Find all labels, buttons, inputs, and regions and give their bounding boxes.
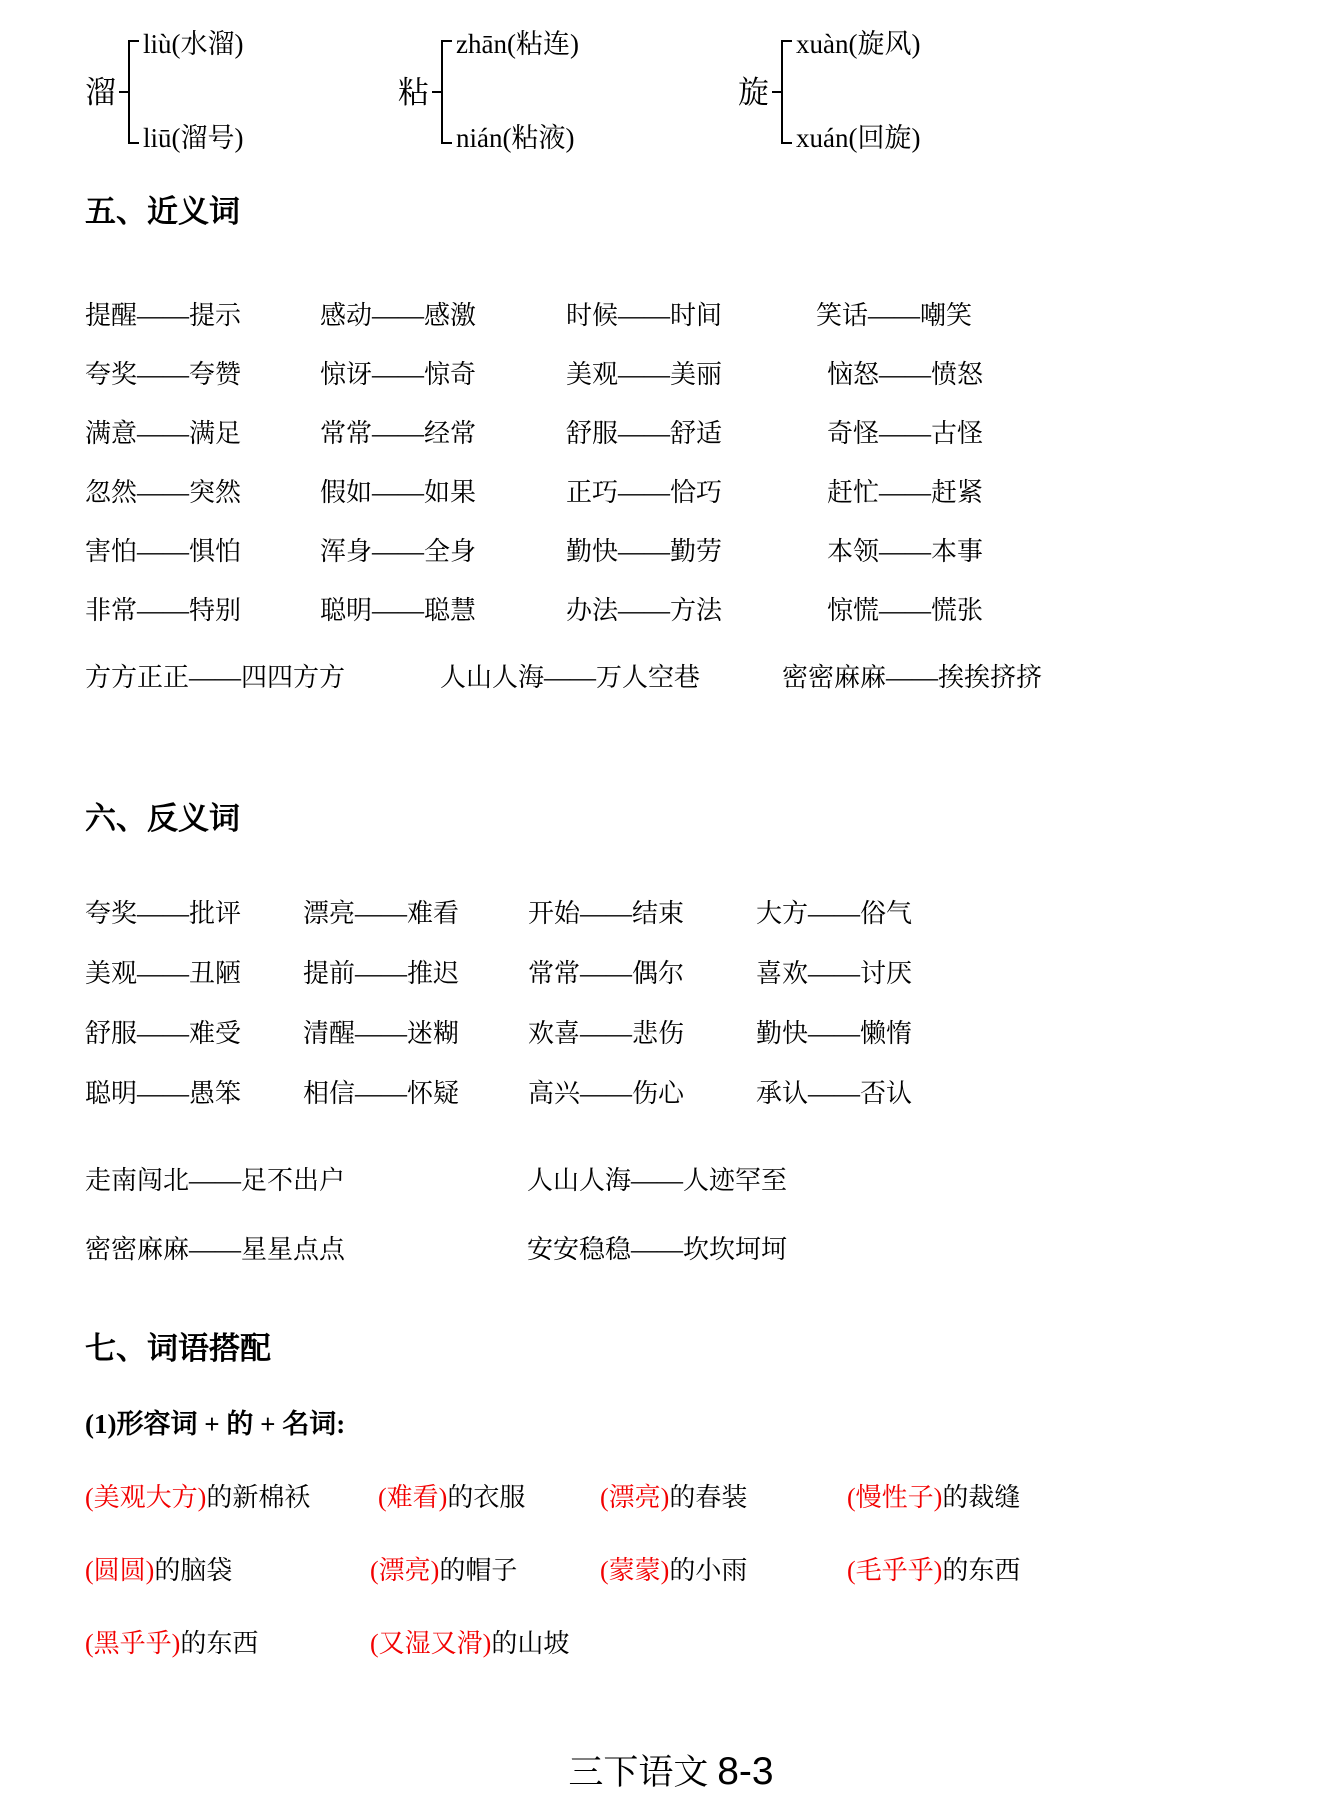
adjective-red: (毛乎乎) [847,1556,942,1585]
antonym-row: 走南闯北——足不出户 人山人海——人迹罕至 [0,1160,1342,1198]
word-pair: 奇怪——古怪 [827,413,983,450]
word-pair: 相信——怀疑 [303,1073,459,1110]
collocations-heading: 七、词语搭配 [85,1330,271,1367]
word-pair: 方方正正——四四方方 [85,657,345,694]
synonym-row: 夸奖——夸赞 惊讶——惊奇 美观——美丽 恼怒——愤怒 [0,354,1342,392]
noun-phrase: 的衣服 [447,1483,525,1512]
pronunciation-entries: liù(水溜) liū(溜号) [143,30,244,154]
pinyin-entry: nián(粘液) [456,124,579,154]
word-pair: 时候——时间 [566,295,722,332]
synonym-row: 提醒——提示 感动——感激 时候——时间 笑话——嘲笑 [0,295,1342,333]
noun-phrase: 的新棉袄 [206,1483,310,1512]
adjective-red: (美观大方) [85,1483,206,1512]
bracket-connector [772,91,781,93]
noun-phrase: 的小雨 [669,1556,747,1585]
collocation: (蒙蒙)的小雨 [600,1550,747,1587]
word-pair: 满意——满足 [85,413,241,450]
collocations-subsection: (1)形容词 + 的 + 名词: [85,1402,345,1441]
word-pair: 舒服——难受 [85,1013,241,1050]
adjective-red: (漂亮) [370,1556,439,1585]
noun-phrase: 的山坡 [491,1629,569,1658]
collocation: (慢性子)的裁缝 [847,1477,1020,1514]
synonym-row: 忽然——突然 假如——如果 正巧——恰巧 赶忙——赶紧 [0,472,1342,510]
adjective-red: (黑乎乎) [85,1629,180,1658]
word-pair: 密密麻麻——星星点点 [85,1229,345,1266]
word-pair: 清醒——迷糊 [303,1013,459,1050]
word-pair: 惊慌——慌张 [827,590,983,627]
word-pair: 勤快——懒惰 [756,1013,912,1050]
pinyin-entry: xuán(回旋) [796,124,920,154]
noun-phrase: 的帽子 [439,1556,517,1585]
collocation: (难看)的衣服 [378,1477,525,1514]
pronunciation-group: 溜 liù(水溜) liū(溜号) [85,30,244,154]
adjective-red: (难看) [378,1483,447,1512]
word-pair: 舒服——舒适 [566,413,722,450]
hanzi-character: 溜 [85,77,116,108]
antonym-row: 夸奖——批评 漂亮——难看 开始——结束 大方——俗气 [0,893,1342,931]
bracket-connector [432,91,441,93]
hanzi-character: 粘 [398,77,429,108]
word-pair: 非常——特别 [85,590,241,627]
bracket-shape [441,40,454,144]
adjective-red: (又湿又滑) [370,1629,491,1658]
antonym-row: 密密麻麻——星星点点 安安稳稳——坎坎坷坷 [0,1229,1342,1267]
collocation: (又湿又滑)的山坡 [370,1623,569,1660]
bracket-connector [119,91,128,93]
word-pair: 惊讶——惊奇 [320,354,476,391]
collocation-row: (黑乎乎)的东西 (又湿又滑)的山坡 [0,1623,1342,1661]
word-pair: 人山人海——万人空巷 [440,657,700,694]
noun-phrase: 的东西 [180,1629,258,1658]
pinyin-entry: zhān(粘连) [456,30,579,60]
word-pair: 提前——推迟 [303,953,459,990]
synonym-row: 方方正正——四四方方 人山人海——万人空巷 密密麻麻——挨挨挤挤 [0,657,1342,695]
collocation-row: (美观大方)的新棉袄 (难看)的衣服 (漂亮)的春装 (慢性子)的裁缝 [0,1477,1342,1515]
noun-phrase: 的裁缝 [942,1483,1020,1512]
word-pair: 高兴——伤心 [528,1073,684,1110]
word-pair: 常常——经常 [320,413,476,450]
word-pair: 正巧——恰巧 [566,472,722,509]
word-pair: 夸奖——批评 [85,893,241,930]
antonym-row: 舒服——难受 清醒——迷糊 欢喜——悲伤 勤快——懒惰 [0,1013,1342,1051]
word-pair: 喜欢——讨厌 [756,953,912,990]
collocation: (圆圆)的脑袋 [85,1550,232,1587]
pinyin-entry: liù(水溜) [143,30,244,60]
collocation: (漂亮)的春装 [600,1477,747,1514]
word-pair: 美观——丑陋 [85,953,241,990]
word-pair: 承认——否认 [756,1073,912,1110]
noun-phrase: 的春装 [669,1483,747,1512]
footer-page-number: 8-3 [717,1750,773,1793]
word-pair: 办法——方法 [566,590,722,627]
bracket-shape [128,40,141,144]
pinyin-entry: liū(溜号) [143,124,244,154]
word-pair: 笑话——嘲笑 [816,295,972,332]
word-pair: 夸奖——夸赞 [85,354,241,391]
pronunciation-entries: zhān(粘连) nián(粘液) [456,30,579,154]
collocation: (黑乎乎)的东西 [85,1623,258,1660]
synonym-row: 满意——满足 常常——经常 舒服——舒适 奇怪——古怪 [0,413,1342,451]
word-pair: 大方——俗气 [756,893,912,930]
word-pair: 感动——感激 [320,295,476,332]
word-pair: 提醒——提示 [85,295,241,332]
collocation: (美观大方)的新棉袄 [85,1477,310,1514]
word-pair: 赶忙——赶紧 [827,472,983,509]
footer-label: 三下语文 [568,1753,708,1792]
word-pair: 聪明——愚笨 [85,1073,241,1110]
adjective-red: (慢性子) [847,1483,942,1512]
collocation: (毛乎乎)的东西 [847,1550,1020,1587]
antonym-row: 美观——丑陋 提前——推迟 常常——偶尔 喜欢——讨厌 [0,953,1342,991]
hanzi-character: 旋 [738,77,769,108]
worksheet-page: 溜 liù(水溜) liū(溜号) 粘 zhān(粘连) nián(粘液) 旋 … [0,0,1342,1812]
antonyms-heading: 六、反义词 [85,800,240,837]
word-pair: 恼怒——愤怒 [827,354,983,391]
collocation: (漂亮)的帽子 [370,1550,517,1587]
pinyin-entry: xuàn(旋风) [796,30,920,60]
word-pair: 密密麻麻——挨挨挤挤 [782,657,1042,694]
noun-phrase: 的脑袋 [154,1556,232,1585]
word-pair: 浑身——全身 [320,531,476,568]
adjective-red: (圆圆) [85,1556,154,1585]
word-pair: 漂亮——难看 [303,893,459,930]
antonym-row: 聪明——愚笨 相信——怀疑 高兴——伤心 承认——否认 [0,1073,1342,1111]
word-pair: 美观——美丽 [566,354,722,391]
word-pair: 欢喜——悲伤 [528,1013,684,1050]
word-pair: 开始——结束 [528,893,684,930]
page-footer: 三下语文 8-3 [0,1745,1342,1795]
synonyms-heading: 五、近义词 [85,193,240,230]
word-pair: 勤快——勤劳 [566,531,722,568]
pronunciation-group: 粘 zhān(粘连) nián(粘液) [398,30,579,154]
word-pair: 常常——偶尔 [528,953,684,990]
word-pair: 本领——本事 [827,531,983,568]
pronunciation-group: 旋 xuàn(旋风) xuán(回旋) [738,30,920,154]
word-pair: 人山人海——人迹罕至 [527,1160,787,1197]
synonym-row: 害怕——惧怕 浑身——全身 勤快——勤劳 本领——本事 [0,531,1342,569]
word-pair: 聪明——聪慧 [320,590,476,627]
synonym-row: 非常——特别 聪明——聪慧 办法——方法 惊慌——慌张 [0,590,1342,628]
word-pair: 假如——如果 [320,472,476,509]
adjective-red: (漂亮) [600,1483,669,1512]
word-pair: 走南闯北——足不出户 [85,1160,345,1197]
bracket-shape [781,40,794,144]
word-pair: 安安稳稳——坎坎坷坷 [527,1229,787,1266]
word-pair: 忽然——突然 [85,472,241,509]
collocation-row: (圆圆)的脑袋 (漂亮)的帽子 (蒙蒙)的小雨 (毛乎乎)的东西 [0,1550,1342,1588]
word-pair: 害怕——惧怕 [85,531,241,568]
pronunciation-entries: xuàn(旋风) xuán(回旋) [796,30,920,154]
adjective-red: (蒙蒙) [600,1556,669,1585]
noun-phrase: 的东西 [942,1556,1020,1585]
